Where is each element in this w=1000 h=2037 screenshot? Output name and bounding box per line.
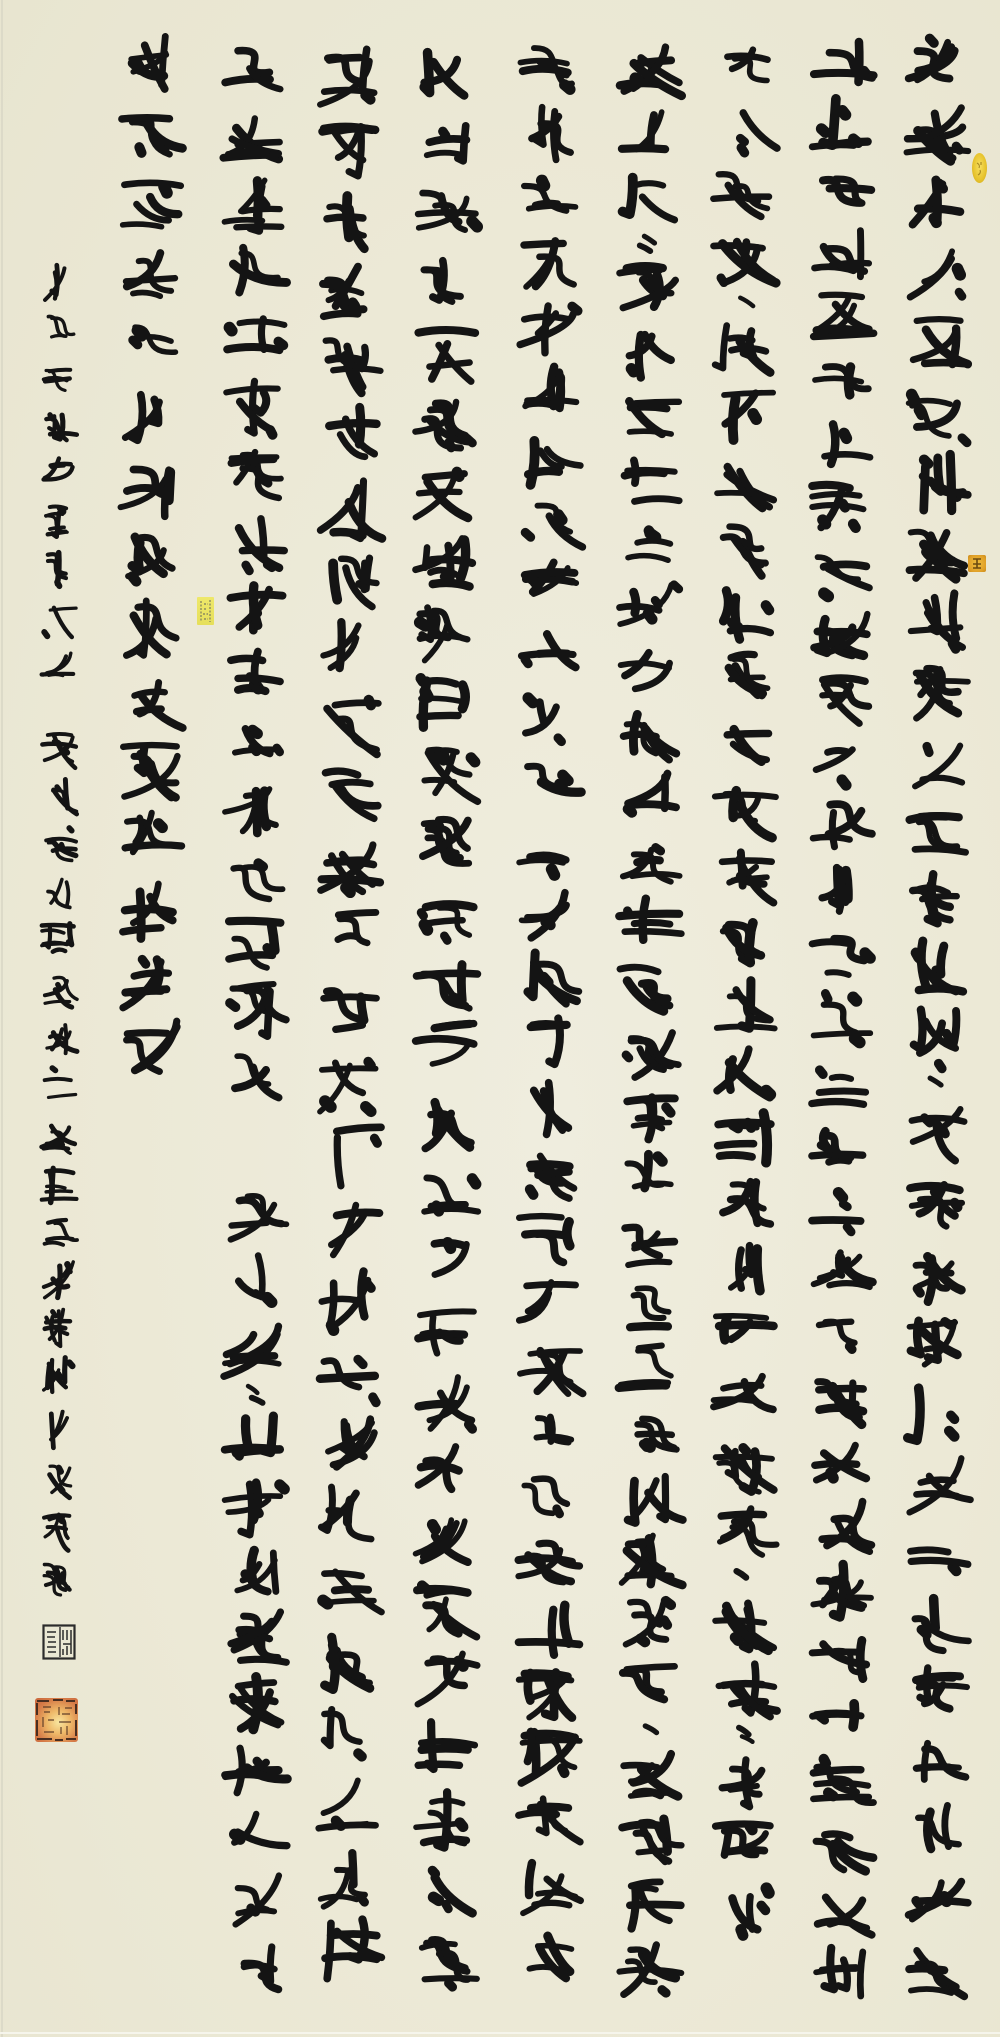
brush-stroke-glyph [902,311,974,375]
brush-stroke-glyph [116,736,188,801]
calligraphy-character: 何 [706,1237,784,1303]
brush-stroke-glyph [709,780,781,840]
calligraphy-character: 长 [611,1020,689,1084]
brush-stroke-glyph [116,33,188,98]
brush-stroke-glyph [709,452,781,512]
brush-stroke-glyph [902,1173,974,1237]
brush-stroke-glyph [514,1078,586,1138]
brush-stroke-glyph [807,478,879,537]
calligraphy-character: 张 [37,308,81,356]
brush-stroke-glyph [219,511,291,573]
brush-stroke-glyph [411,741,483,805]
calligraphy-character: 摇 [113,733,191,803]
brush-stroke-glyph [39,549,79,593]
calligraphy-character: 望 [37,1159,81,1207]
calligraphy-character: 若 [37,356,81,404]
brush-stroke-glyph [39,775,79,819]
brush-stroke-glyph [614,1341,686,1400]
brush-stroke-glyph [411,1020,483,1084]
calligraphy-character: 照 [408,1925,486,1995]
calligraphy-character: 无 [216,1868,294,1934]
brush-stroke-glyph [116,877,188,942]
calligraphy-character: 夜 [311,1193,389,1265]
brush-stroke-glyph [807,224,879,283]
gold-leaf-mark [968,555,986,572]
brush-stroke-glyph [807,160,879,219]
calligraphy-character: 处 [511,750,589,815]
brush-stroke-glyph [709,1174,781,1234]
calligraphy-character: 流 [804,986,882,1050]
brush-stroke-glyph [411,43,483,107]
brush-stroke-glyph [902,33,974,97]
calligraphy-character: 水 [216,241,294,308]
calligraphy-character: 昨 [311,1120,389,1192]
brush-stroke-glyph [39,596,79,640]
calligraphy-character: 序 [37,1304,81,1352]
calligraphy-character: 中 [408,319,486,389]
calligraphy-character: 枫 [611,1809,689,1873]
calligraphy-character: 户 [408,180,486,250]
brush-stroke-glyph [807,33,879,92]
brush-stroke-glyph [219,1674,291,1734]
calligraphy-character: 还 [216,40,294,107]
brush-stroke-glyph [709,1816,781,1876]
brush-stroke-glyph [314,475,386,541]
brush-stroke-glyph [614,1086,686,1145]
brush-stroke-glyph [807,1753,879,1812]
gold-leaf-mark [197,597,214,625]
calligraphy-character: 觉 [804,1177,882,1241]
calligraphy-character: 复 [216,909,294,976]
brush-stroke-glyph [514,623,586,683]
brush-stroke-glyph [709,293,781,317]
brush-stroke-glyph [116,947,188,1012]
calligraphy-character: 知 [113,171,191,241]
calligraphy-character: 似 [611,384,689,448]
brush-stroke-glyph [314,1772,386,1838]
calligraphy-character: 一 [611,1466,689,1530]
brush-stroke-glyph [614,1214,686,1273]
brush-stroke-glyph [902,172,974,236]
calligraphy-character: 去 [216,441,294,508]
brush-stroke-glyph [807,415,879,474]
calligraphy-character: 月 [113,311,191,381]
brush-stroke-glyph [514,168,586,228]
brush-stroke-glyph [709,33,781,93]
brush-stroke-glyph [219,979,291,1041]
brush-stroke-glyph [411,1788,483,1852]
calligraphy-character: 林 [804,603,882,667]
calligraphy-character: 生 [706,1591,784,1657]
calligraphy-character: 之 [37,1505,81,1555]
brush-stroke-glyph [314,403,386,469]
calligraphy-character: 连 [899,308,977,378]
repetition-mark: 々 [706,292,784,318]
calligraphy-scroll: 春江潮水连海平海上明月共潮生滟々随波千万里何处春江无月明江 流宛转绕芳甸月照花林… [0,0,1000,2037]
brush-stroke-glyph [614,43,686,102]
calligraphy-character: 春 [899,1588,977,1658]
calligraphy-character: 但 [611,893,689,957]
brush-stroke-glyph [614,1023,686,1082]
calligraphy-character: 潜 [311,760,389,832]
brush-stroke-glyph [709,911,781,971]
brush-stroke-glyph [314,691,386,757]
brush-stroke-glyph [807,733,879,792]
calligraphy-character: 还 [408,948,486,1018]
calligraphy-character: 江 [899,100,977,170]
brush-stroke-glyph [709,387,781,447]
brush-stroke-glyph [314,1628,386,1694]
brush-stroke-glyph [614,832,686,891]
artist-signature: 陈昶之书 [37,1405,81,1605]
calligraphy-character: 思 [511,880,589,945]
brush-stroke-glyph [709,1566,781,1590]
calligraphy-character: 宛 [804,94,882,158]
brush-stroke-glyph [902,1938,974,2002]
brush-stroke-glyph [807,542,879,601]
calligraphy-character: 文 [311,1048,389,1120]
brush-stroke-glyph [807,606,879,665]
calligraphy-character: 碣 [216,1606,294,1672]
calligraphy-character: 流 [216,308,294,375]
calligraphy-character: 怜 [511,1205,589,1270]
brush-stroke-glyph [116,384,188,449]
calligraphy-character: 滟 [899,1004,977,1074]
calligraphy-character: 流 [804,30,882,94]
calligraphy-character: 不 [408,459,486,529]
brush-stroke-glyph [411,1090,483,1154]
brush-stroke-glyph [709,1723,781,1747]
calligraphy-character: 尘 [706,161,784,227]
calligraphy-character: 上 [611,1936,689,2000]
calligraphy-character: 楼 [511,1270,589,1335]
brush-stroke-glyph [614,1721,686,1744]
calligraphy-character: 斜 [216,1185,294,1251]
calligraphy-character: 水 [899,239,977,309]
calligraphy-character: 浦 [611,1873,689,1937]
brush-stroke-glyph [614,232,686,255]
brush-stroke-glyph [314,1844,386,1910]
poem-column-4: 江月年々望相似不知江月待何人但见长江送流水白云一片去悠々青枫浦上 [611,40,689,2000]
calligraphy-character: 青 [611,1746,689,1810]
brush-stroke-glyph [116,525,188,590]
brush-stroke-glyph [614,1659,686,1718]
calligraphy-character: 跃 [311,832,389,904]
brush-stroke-glyph [411,1509,483,1573]
calligraphy-character: 书 [37,1014,81,1062]
brush-stroke-glyph [709,1436,781,1496]
calligraphy-character: 畔 [706,1171,784,1237]
brush-stroke-glyph [807,1944,879,2003]
calligraphy-character: 陈 [37,1405,81,1455]
calligraphy-character: 海 [899,378,977,448]
calligraphy-character: 梦 [311,1409,389,1481]
calligraphy-character: 见 [804,1686,882,1750]
calligraphy-character: 来 [408,1018,486,1088]
brush-stroke-glyph [902,1591,974,1655]
brush-stroke-glyph [314,1339,386,1405]
calligraphy-character: 明 [899,1866,977,1936]
calligraphy-character: 寓 [37,1352,81,1400]
calligraphy-character: 江 [804,1750,882,1814]
brush-stroke-glyph [709,1370,781,1430]
brush-stroke-glyph [411,182,483,246]
calligraphy-character: 拂 [408,878,486,948]
calligraphy-character: 霰 [804,794,882,858]
calligraphy-character: 书 [37,1555,81,1605]
calligraphy-character: 何 [611,766,689,830]
calligraphy-character: 月 [113,663,191,733]
calligraphy-character: 君 [311,40,389,112]
calligraphy-character: 鸿 [311,112,389,184]
brush-stroke-glyph [219,845,291,907]
brush-stroke-glyph [902,937,974,1001]
poem-column-3: 无纤尘皎々空中孤月轮江畔何人初见月江畔何年初照人々生代々无穷已 [706,30,784,1945]
calligraphy-character: 生 [899,934,977,1004]
brush-stroke-glyph [807,287,879,346]
calligraphy-character: 度 [311,544,389,616]
calligraphy-character: 里 [804,922,882,986]
brush-stroke-glyph [514,1468,586,1528]
calligraphy-character: 相 [408,1227,486,1297]
brush-stroke-glyph [614,1404,686,1463]
calligraphy-character: 不 [408,1367,486,1437]
brush-stroke-glyph [614,1812,686,1871]
brush-stroke-glyph [116,244,188,309]
calligraphy-character: 丑 [37,773,81,821]
brush-stroke-glyph [614,1748,686,1807]
calligraphy-character: 相 [611,320,689,384]
brush-stroke-glyph [411,252,483,316]
calligraphy-character: 不 [113,100,191,170]
calligraphy-character: 不 [611,447,689,511]
brush-stroke-glyph [39,1557,79,1603]
poem-column-5: 不胜愁谁家今夜扁舟子何处相思明月楼可怜楼上月徘徊应照离人妆镜 [511,35,589,1985]
brush-stroke-glyph [219,1319,291,1379]
brush-stroke-glyph [314,43,386,109]
brush-stroke-glyph [514,883,586,943]
calligraphy-character: 绕 [804,221,882,285]
brush-stroke-glyph [411,1160,483,1224]
brush-stroke-glyph [411,113,483,177]
calligraphy-character: 月 [37,594,81,642]
calligraphy-character: 中 [706,384,784,450]
brush-stroke-glyph [39,1354,79,1398]
calligraphy-character: 逐 [408,1646,486,1716]
brush-stroke-glyph [514,38,586,98]
calligraphy-character: 代 [706,1656,784,1722]
brush-stroke-glyph [614,1875,686,1934]
seal-script-icon [972,153,987,183]
brush-stroke-glyph [411,881,483,945]
calligraphy-character: 照 [511,1660,589,1725]
calligraphy-character: 归 [113,522,191,592]
brush-stroke-glyph [219,711,291,773]
brush-stroke-glyph [314,619,386,685]
brush-stroke-glyph [39,1257,79,1301]
calligraphy-character: 月 [408,1716,486,1786]
calligraphy-character: 玉 [408,110,486,180]
calligraphy-character: 尽 [216,575,294,642]
brush-stroke-glyph [614,895,686,954]
brush-stroke-glyph [614,513,686,572]
brush-stroke-glyph [807,1370,879,1429]
calligraphy-character: 天 [804,1814,882,1878]
brush-stroke-glyph [514,558,586,618]
brush-stroke-glyph [709,229,781,289]
calligraphy-character: 里 [899,1379,977,1449]
calligraphy-character: 花 [311,1553,389,1625]
calligraphy-character: 昶 [37,1455,81,1505]
calligraphy-character: 飞 [804,1240,882,1304]
calligraphy-character: 扁 [511,490,589,555]
calligraphy-character: 穷 [706,1814,784,1880]
calligraphy-character: 白 [611,1338,689,1402]
calligraphy-character: 相 [511,815,589,880]
calligraphy-character: 长 [311,256,389,328]
calligraphy-character: 轮 [706,581,784,647]
calligraphy-character: 去 [408,529,486,599]
calligraphy-character: 路 [113,30,191,100]
calligraphy-character: 转 [804,157,882,221]
calligraphy-character: 落 [216,776,294,843]
calligraphy-character: 子 [511,620,589,685]
brush-stroke-glyph [219,778,291,840]
brush-stroke-glyph [219,110,291,172]
brush-stroke-glyph [314,1195,386,1261]
calligraphy-character: 沙 [804,1495,882,1559]
calligraphy-character: 人 [611,829,689,893]
brush-stroke-glyph [514,1858,586,1918]
brush-stroke-glyph [807,1179,879,1238]
calligraphy-character: 几 [113,382,191,452]
brush-stroke-glyph [807,1689,879,1748]
brush-stroke-glyph [807,1498,879,1557]
calligraphy-character: 人 [706,843,784,909]
brush-stroke-glyph [39,823,79,867]
calligraphy-character: 台 [408,40,486,110]
brush-stroke-glyph [902,520,974,584]
brush-stroke-glyph [219,310,291,372]
brush-stroke-glyph [39,310,79,354]
brush-stroke-glyph [314,1123,386,1189]
brush-stroke-glyph [709,1659,781,1719]
brush-stroke-glyph [314,1700,386,1766]
brush-stroke-glyph [514,1273,586,1333]
brush-stroke-glyph [709,321,781,381]
seal-script-icon [197,597,214,625]
calligraphy-character: 江 [216,174,294,241]
calligraphy-character: 离 [511,1725,589,1790]
brush-stroke-glyph [709,1502,781,1562]
brush-stroke-glyph [411,532,483,596]
brush-stroke-glyph [902,659,974,723]
calligraphy-character: 见 [611,956,689,1020]
brush-stroke-glyph [807,96,879,155]
calligraphy-character: 不 [804,1623,882,1687]
calligraphy-character: 龙 [311,688,389,760]
calligraphy-character: 光 [311,400,389,472]
brush-stroke-glyph [514,1403,586,1463]
calligraphy-character: 空 [804,858,882,922]
poem-column-8-part-1: 还家江水流春去欲尽江潭落月复西斜 [216,40,294,1110]
calligraphy-character: 共 [899,795,977,865]
brush-stroke-glyph [219,912,291,974]
calligraphy-character: 家 [511,295,589,360]
brush-stroke-glyph [614,450,686,509]
calligraphy-character: 年 [706,1302,784,1368]
brush-stroke-glyph [709,583,781,643]
brush-stroke-glyph [39,357,79,401]
poem-column-1: 春江潮水连海平海上明月共潮生滟々随波千万里何处春江无月明江 [899,30,977,2005]
brush-stroke-glyph [219,1411,291,1471]
brush-stroke-glyph [902,450,974,514]
calligraphy-character: 石 [216,1671,294,1737]
brush-stroke-glyph [614,959,686,1018]
calligraphy-character: 已 [706,1879,784,1945]
calligraphy-character: 帘 [408,249,486,319]
brush-stroke-glyph [514,1208,586,1268]
brush-stroke-glyph [902,381,974,445]
brush-stroke-glyph [411,392,483,456]
brush-stroke-glyph [902,728,974,792]
brush-stroke-glyph [411,951,483,1015]
calligraphy-character: 虚 [37,403,81,451]
brush-stroke-glyph [614,1532,686,1591]
brush-stroke-glyph [314,979,386,1045]
calligraphy-character: 吉 [37,966,81,1014]
brush-stroke-glyph [39,1016,79,1060]
brush-stroke-glyph [314,1051,386,1117]
brush-stroke-glyph [219,243,291,305]
brush-stroke-glyph [709,1108,781,1168]
brush-stroke-glyph [219,1871,291,1931]
brush-stroke-glyph [39,872,79,916]
brush-stroke-glyph [902,589,974,653]
brush-stroke-glyph [116,1017,188,1082]
brush-stroke-glyph [902,1006,974,1070]
calligraphy-character: 夜 [37,642,81,690]
brush-stroke-glyph [902,1104,974,1168]
poem-column-2: 流宛转绕芳甸月照花林皆似霰空里流霜不觉飞汀上白沙看不见江天一色 [804,30,882,2005]
calligraphy-character: 今 [511,360,589,425]
brush-stroke-glyph [902,241,974,305]
calligraphy-character: 满 [113,874,191,944]
brush-stroke-glyph [39,453,79,497]
poem-column-6: 台玉户帘中卷不去捣衣砧上拂还来此时相望不相闻愿逐月华流照 [408,40,486,1995]
brush-stroke-glyph [902,798,974,862]
calligraphy-character: 春 [311,1769,389,1841]
brush-stroke-glyph [807,924,879,983]
brush-stroke-glyph [116,314,188,379]
repetition-mark: 々 [706,1565,784,1591]
brush-stroke-glyph [514,1533,586,1593]
brush-stroke-glyph [219,645,291,707]
brush-stroke-glyph [514,298,586,358]
calligraphy-character: 初 [706,909,784,975]
brush-stroke-glyph [39,968,79,1012]
brush-stroke-glyph [902,1660,974,1724]
calligraphy-character: 皎 [706,227,784,293]
brush-stroke-glyph [411,1579,483,1643]
calligraphy-character: 上 [511,1335,589,1400]
calligraphy-character: 江 [611,1084,689,1148]
calligraphy-character: 波 [899,1171,977,1241]
calligraphy-character: 悠 [611,1656,689,1720]
brush-stroke-glyph [219,1188,291,1248]
calligraphy-character: 闻 [408,1506,486,1576]
brush-stroke-glyph [116,455,188,520]
